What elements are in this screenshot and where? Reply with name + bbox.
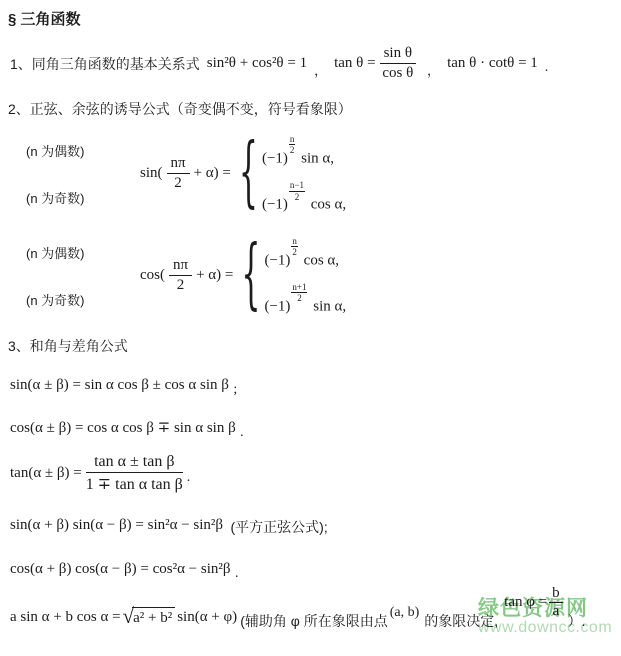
condition-odd: (n 为奇数)	[26, 188, 122, 207]
cos-lhs-close: + α) =	[196, 267, 233, 284]
exponent-fraction: n−12	[289, 180, 305, 202]
sin-sum-formula: sin(α ± β) = sin α cos β ± cos α sin β ;	[10, 376, 621, 394]
aux-note-2: 的象限决定,	[424, 611, 498, 631]
case-tail: cos α,	[311, 197, 346, 213]
semicolon-mark: ;	[233, 382, 237, 397]
condition-even: (n 为偶数)	[26, 243, 122, 262]
cos-product-formula: cos(α + β) cos(α − β) = cos²α − sin²β .	[10, 560, 621, 578]
case-tail: sin α,	[313, 298, 346, 314]
case-odd: (−1)n+12 sin α,	[264, 282, 346, 315]
cos-induction-equation: cos( nπ 2 + α) = { (−1)n2 cos α, (−1)n+1…	[140, 236, 346, 316]
sin-product-equation: sin(α + β) sin(α − β) = sin²α − sin²β	[10, 517, 223, 533]
fraction-denominator: 2	[169, 276, 192, 294]
condition-odd: (n 为奇数)	[26, 290, 122, 309]
tan-sum-lhs: tan(α ± β) =	[10, 465, 82, 482]
tan-phi-equation: tan φ = b a	[504, 585, 564, 620]
cos-lhs-open: cos(	[140, 267, 165, 284]
exponent-fraction: n2	[291, 236, 298, 258]
case-even: (−1)n2 cos α,	[264, 236, 346, 269]
period-mark: .	[187, 470, 191, 486]
auxiliary-angle-formula: a sin α + b cos α = √ a² + b² sin(α + φ)…	[10, 600, 621, 635]
exponent-denominator: 2	[291, 293, 307, 303]
case-tail: sin α,	[301, 150, 334, 166]
page-title: § 三角函数	[0, 0, 621, 29]
sin-over-cos-fraction: sin θ cos θ	[380, 45, 416, 82]
section-3-label: 3、和角与差角公式	[8, 336, 621, 356]
case-list: (−1)n2 sin α, (−1)n−12 cos α,	[262, 134, 346, 214]
fraction-numerator: nπ	[167, 155, 190, 174]
sin-induction-equation: sin( nπ 2 + α) = { (−1)n2 sin α, (−1)n−1…	[140, 134, 346, 214]
section-1-identities: 1、同角三角函数的基本关系式 sin²θ + cos²θ = 1 ， tan θ…	[10, 45, 621, 82]
square-root: √ a² + b²	[123, 607, 176, 627]
cot-identity: tan θ · cotθ = 1	[447, 55, 538, 72]
fraction-denominator: 1 ∓ tan α tan β	[86, 473, 183, 494]
pythagorean-identity: sin²θ + cos²θ = 1	[207, 55, 307, 72]
cos-sum-formula: cos(α ± β) = cos α cos β ∓ sin α sin β .	[10, 418, 621, 437]
period-mark: .	[545, 60, 549, 76]
comma-separator: ，	[427, 60, 440, 79]
left-brace: {	[239, 129, 258, 218]
document-page: § 三角函数 1、同角三角函数的基本关系式 sin²θ + cos²θ = 1 …	[0, 0, 621, 656]
cos-product-equation: cos(α + β) cos(α − β) = cos²α − sin²β	[10, 561, 231, 577]
fraction-numerator: b	[549, 585, 563, 603]
sin-lhs-open: sin(	[140, 165, 163, 182]
case-list: (−1)n2 cos α, (−1)n+12 sin α,	[264, 236, 346, 316]
fraction-denominator: cos θ	[380, 64, 416, 82]
case-odd: (−1)n−12 cos α,	[262, 180, 346, 213]
tan-phi-lhs: tan φ =	[504, 594, 547, 611]
exponent-numerator: n	[289, 134, 296, 145]
case-base: (−1)	[264, 298, 290, 314]
case-tail: cos α,	[304, 252, 339, 268]
sin-sum-equation: sin(α ± β) = sin α cos β ± cos α sin β	[10, 377, 229, 393]
parity-conditions: (n 为偶数) (n 为奇数)	[26, 141, 122, 207]
parity-conditions: (n 为偶数) (n 为奇数)	[26, 243, 122, 309]
period-mark: .	[240, 425, 244, 440]
exponent-fraction: n2	[289, 134, 296, 156]
exponent-denominator: 2	[291, 247, 298, 257]
period-mark: .	[235, 566, 239, 581]
case-base: (−1)	[262, 150, 288, 166]
case-base: (−1)	[264, 252, 290, 268]
exponent-numerator: n−1	[289, 180, 305, 191]
left-brace: {	[241, 231, 260, 320]
induction-cos-block: (n 为偶数) (n 为奇数) cos( nπ 2 + α) = { (−1)n…	[0, 236, 621, 316]
closing-paren: ）.	[568, 611, 586, 631]
fraction-numerator: sin θ	[380, 45, 416, 64]
case-even: (−1)n2 sin α,	[262, 134, 346, 167]
b-over-a-fraction: b a	[549, 585, 563, 620]
exponent-denominator: 2	[289, 145, 296, 155]
case-base: (−1)	[262, 197, 288, 213]
section-2-label: 2、正弦、余弦的诱导公式（奇变偶不变，符号看象限）	[8, 99, 621, 119]
section-1-label: 1、同角三角函数的基本关系式	[10, 54, 200, 74]
sin-lhs-close: + α) =	[194, 165, 231, 182]
fraction-numerator: nπ	[169, 257, 192, 276]
exponent-numerator: n	[291, 236, 298, 247]
comma-separator: ，	[314, 60, 327, 79]
n-pi-over-2-fraction: nπ 2	[167, 155, 190, 192]
exponent-numerator: n+1	[291, 282, 307, 293]
exponent-denominator: 2	[289, 192, 305, 202]
aux-lhs: a sin α + b cos α =	[10, 609, 121, 626]
fraction-numerator: tan α ± tan β	[86, 453, 183, 473]
fraction-denominator: 2	[167, 174, 190, 192]
induction-sin-block: (n 为偶数) (n 为奇数) sin( nπ 2 + α) = { (−1)n…	[0, 134, 621, 214]
point-a-b: (a, b)	[390, 605, 420, 621]
sin-product-formula: sin(α + β) sin(α − β) = sin²α − sin²β (平…	[10, 514, 621, 534]
cos-sum-equation: cos(α ± β) = cos α cos β ∓ sin α sin β	[10, 420, 236, 436]
aux-rhs: sin(α + φ)	[177, 609, 237, 626]
exponent-fraction: n+12	[291, 282, 307, 304]
tan-lhs: tan θ =	[334, 55, 375, 72]
n-pi-over-2-fraction: nπ 2	[169, 257, 192, 294]
tan-quotient-identity: tan θ = sin θ cos θ	[334, 45, 420, 82]
square-sine-note: (平方正弦公式);	[231, 519, 328, 535]
tan-sum-formula: tan(α ± β) = tan α ± tan β 1 ∓ tan α tan…	[10, 453, 621, 494]
tan-sum-fraction: tan α ± tan β 1 ∓ tan α tan β	[86, 453, 183, 494]
aux-note-1: (辅助角 φ 所在象限由点	[240, 611, 388, 631]
condition-even: (n 为偶数)	[26, 141, 122, 160]
radicand: a² + b²	[132, 607, 175, 627]
fraction-denominator: a	[549, 603, 563, 620]
